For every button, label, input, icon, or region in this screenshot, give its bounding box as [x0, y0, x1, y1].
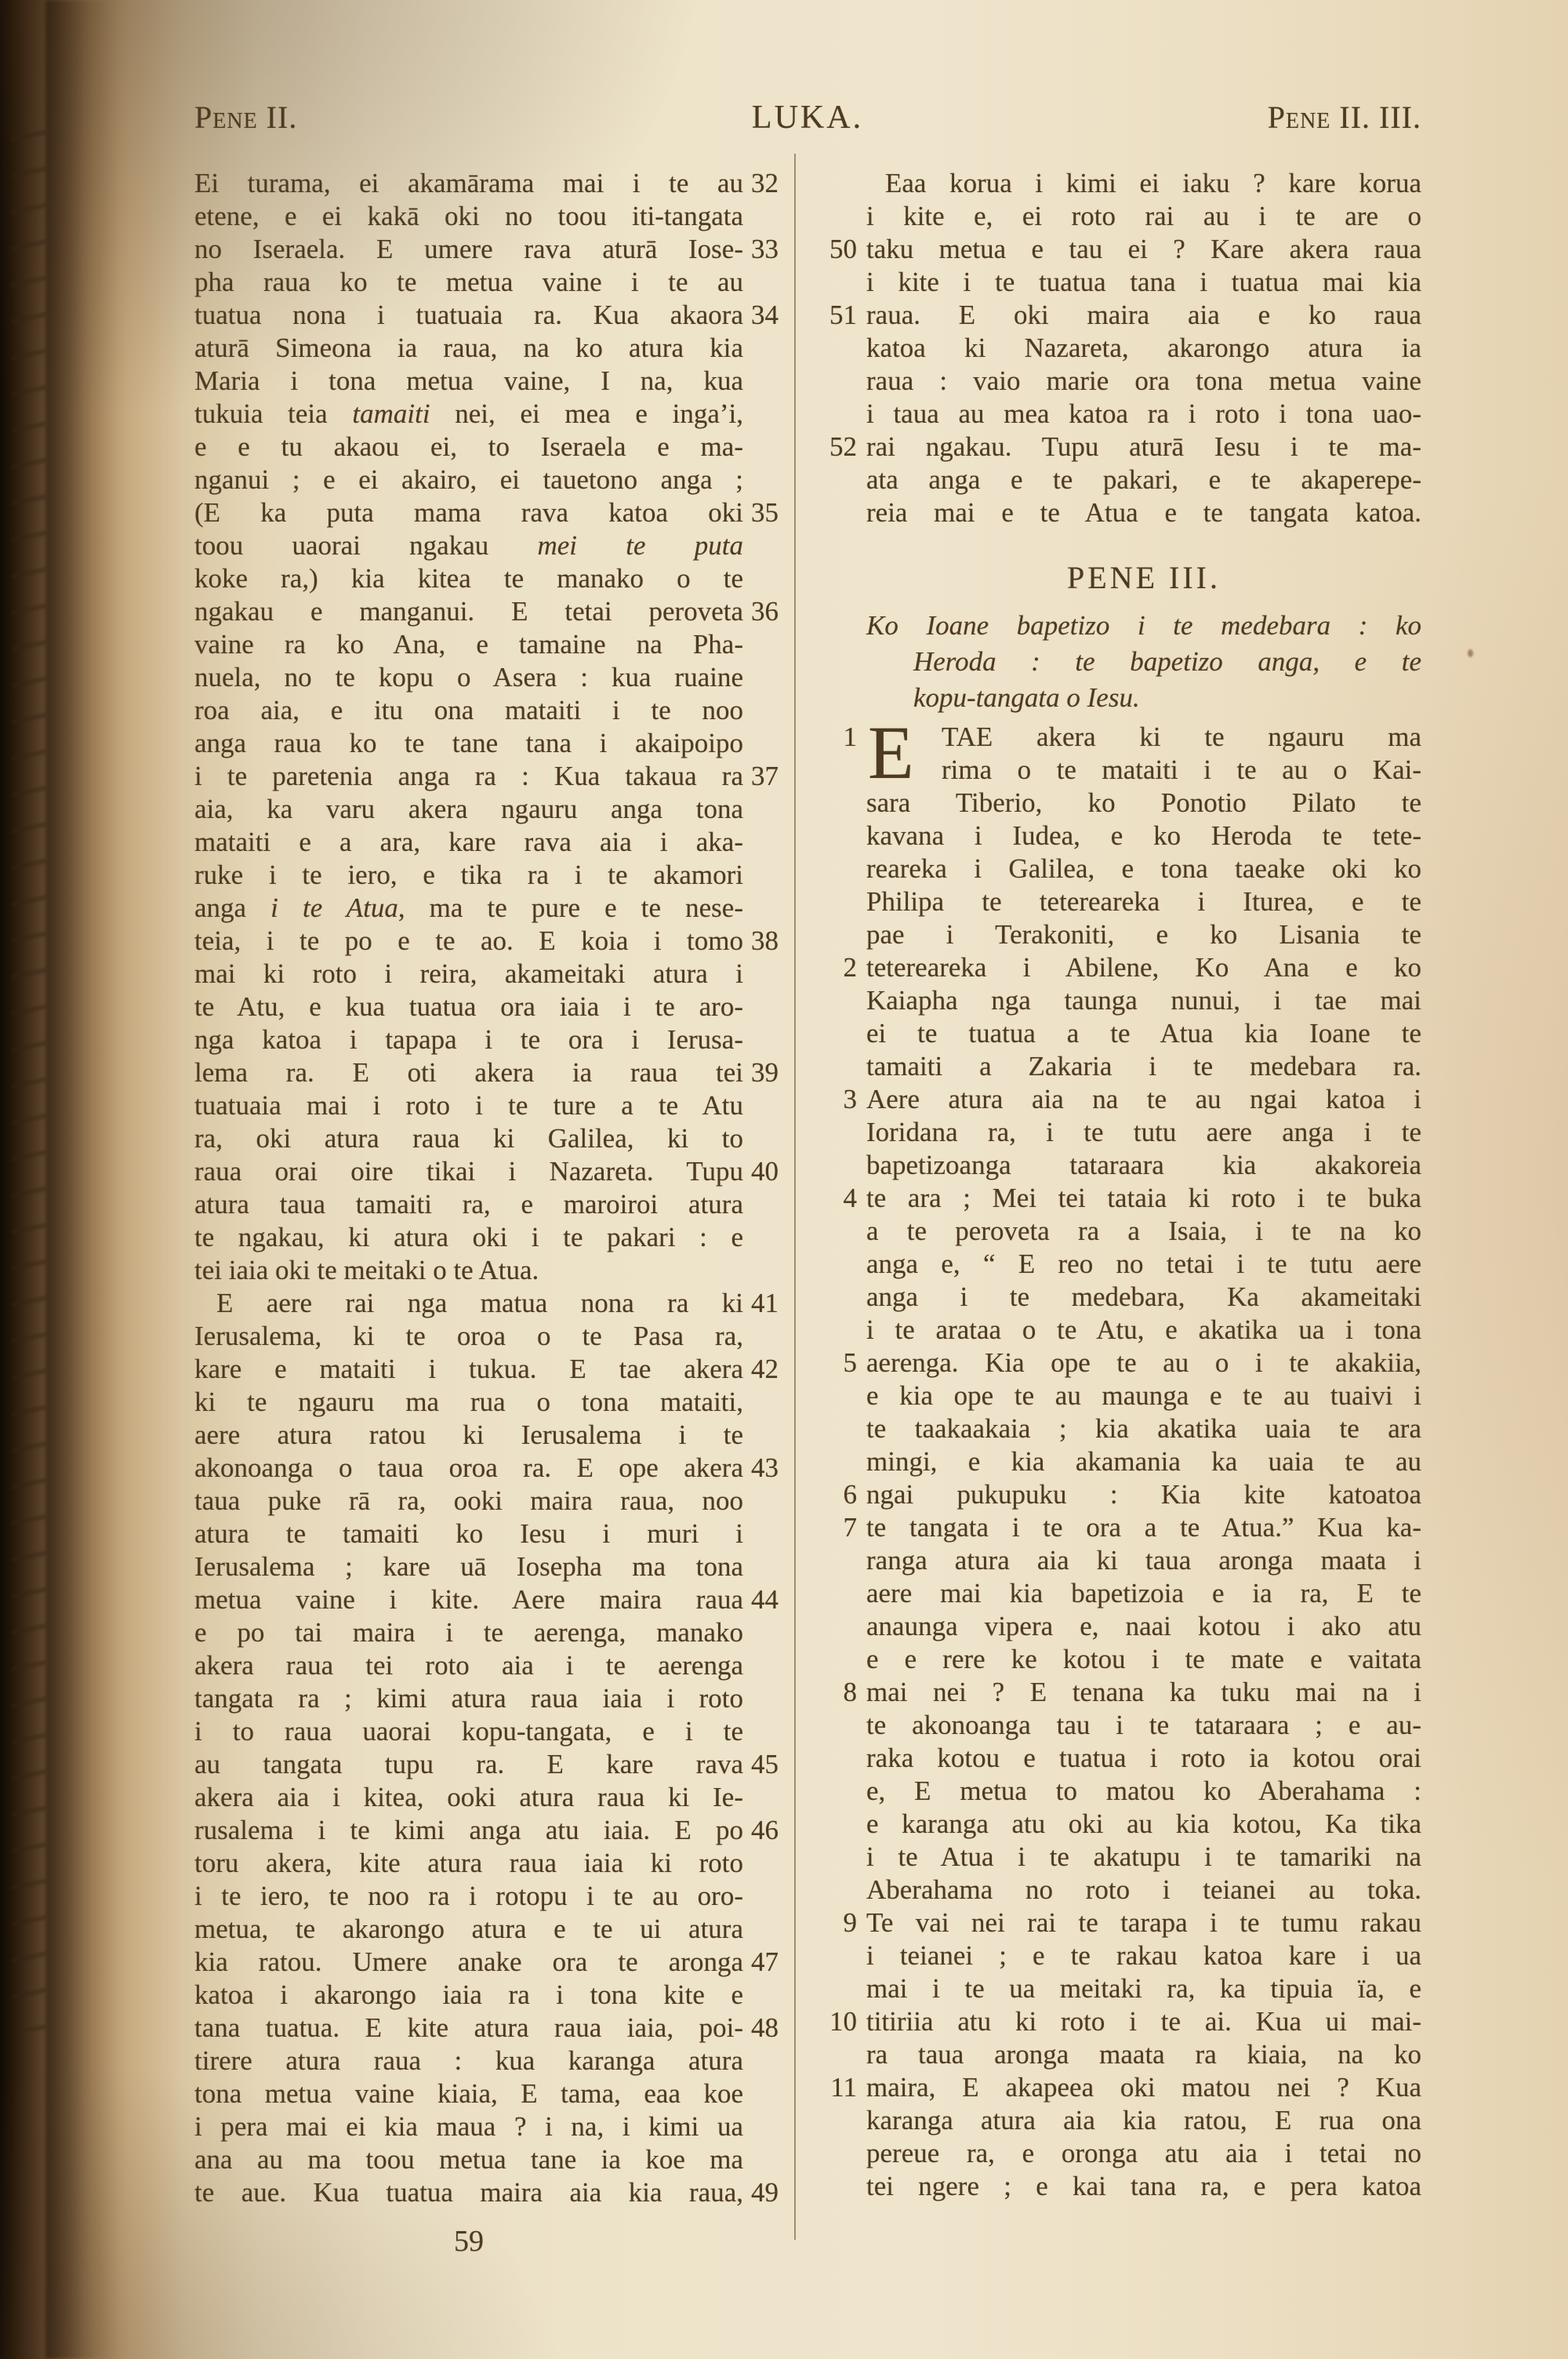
verse-number: 34 — [751, 299, 798, 332]
verse-number: 39 — [751, 1056, 798, 1089]
text-line: te akonoanga tau i te tataraara ; e au- — [866, 1709, 1421, 1742]
text-line: 6ngai pukupuku : Kia kite katoatoa — [866, 1478, 1421, 1511]
text-line: te ngakau, ki atura oki i te pakari : e — [194, 1221, 743, 1254]
text-line: ra taua aronga maata ra kiaia, na ko — [866, 2038, 1421, 2071]
text-line: 42kare e mataiti i tukua. E tae akera — [194, 1353, 743, 1386]
previous-page-edge — [11, 108, 45, 2032]
column-divider-rule — [794, 154, 796, 2240]
right-column-chapter2-end: Eaa korua i kimi ei iaku ? kare koruai k… — [866, 167, 1421, 529]
text-line: Ioridana ra, i te tutu aere anga i te — [866, 1116, 1421, 1149]
text-line: e e tu akaou ei, to Iseraela e ma- — [194, 431, 743, 463]
text-line: 9Te vai nei rai te tarapa i te tumu raka… — [866, 1906, 1421, 1939]
text-line: te Atu, e kua tuatua ora iaia i te aro- — [194, 990, 743, 1023]
text-line: Ierusalema ; kare uā Iosepha ma tona — [194, 1550, 743, 1583]
text-line: e e rere ke kotou i te mate e vaitata — [866, 1643, 1421, 1676]
text-line: i te Atua i te akatupu i te tamariki na — [866, 1841, 1421, 1874]
text-line: a te peroveta ra a Isaia, i te na ko — [866, 1215, 1421, 1248]
text-line: 40raua orai oire tikai i Nazareta. Tupu — [194, 1155, 743, 1188]
text-line: 51raua. E oki maira aia e ko raua — [866, 299, 1421, 332]
ink-speck — [1468, 649, 1473, 657]
book-page-photo: Pene II. LUKA. Pene II. III. 32Ei turama… — [0, 0, 1568, 2359]
text-line: i pera mai ei kia maua ? i na, i kimi ua — [194, 2110, 743, 2143]
text-line: atura taua tamaiti ra, e maroiroi atura — [194, 1188, 743, 1221]
text-line: Ko Ioane bapetizo i te medebara : ko — [866, 608, 1421, 644]
text-line: tamaiti a Zakaria i te medebara ra. — [866, 1050, 1421, 1083]
text-line: e, E metua to matou ko Aberahama : — [866, 1775, 1421, 1808]
text-line: 50taku metua e tau ei ? Kare akera raua — [866, 233, 1421, 266]
text-line: raka kotou e tuatua i roto ia kotou orai — [866, 1742, 1421, 1775]
verse-number: 33 — [751, 233, 798, 266]
text-line: metua, te akarongo atura e te ui atura — [194, 1913, 743, 1946]
text-line: 4te ara ; Mei tei tataia ki roto i te bu… — [866, 1182, 1421, 1215]
text-line: 38teia, i te po e te ao. E koia i tomo — [194, 925, 743, 958]
text-line: mai ki roto i reira, akameitaki atura i — [194, 958, 743, 990]
verse-number: 48 — [751, 2012, 798, 2045]
verse-number: 5 — [811, 1347, 857, 1379]
verse-number: 37 — [751, 760, 798, 793]
text-line: i te arataa o te Atu, e akatika ua i ton… — [866, 1314, 1421, 1347]
text-line: anga i te medebara, Ka akameitaki — [866, 1281, 1421, 1314]
text-line: katoa i akarongo iaia ra i tona kite e — [194, 1979, 743, 2012]
text-line: koke ra,) kia kitea te manako o te — [194, 562, 743, 595]
verse-number: 4 — [811, 1182, 857, 1215]
text-line: toru akera, kite atura raua iaia ki roto — [194, 1847, 743, 1880]
text-line: aere atura ratou ki Ierusalema i te — [194, 1419, 743, 1452]
text-line: 36ngakau e manganui. E tetai peroveta — [194, 595, 743, 628]
text-line: Maria i tona metua vaine, I na, kua — [194, 365, 743, 398]
text-line: pereue ra, e oronga atu aia i tetai no — [866, 2137, 1421, 2170]
verse-number: 38 — [751, 925, 798, 958]
verse-number: 46 — [751, 1814, 798, 1847]
text-line: pha raua ko te metua vaine i te au — [194, 266, 743, 299]
text-line: raua : vaio marie ora tona metua vaine — [866, 365, 1421, 398]
text-line: 34tuatua nona i tuatuaia ra. Kua akaora — [194, 299, 743, 332]
verse-number: 35 — [751, 496, 798, 529]
text-line: anga i te Atua, ma te pure e te nese- — [194, 892, 743, 925]
text-line: Aberahama no roto i teianei au toka. — [866, 1874, 1421, 1906]
text-line: akera aia i kitea, ooki atura raua ki Ie… — [194, 1781, 743, 1814]
text-line: tuatuaia mai i roto i te ture a te Atu — [194, 1089, 743, 1122]
text-line: 8mai nei ? E tenana ka tuku mai na i — [866, 1676, 1421, 1709]
text-line: i kite i te tuatua tana i tuatua mai kia — [866, 266, 1421, 299]
chapter-heading: PENE III. — [866, 558, 1421, 598]
text-line: 46rusalema i te kimi anga atu iaia. E po — [194, 1814, 743, 1847]
verse-number: 43 — [751, 1452, 798, 1485]
text-line: tei ngere ; e kai tana ra, e pera katoa — [866, 2170, 1421, 2203]
text-line: 45au tangata tupu ra. E kare rava — [194, 1748, 743, 1781]
verse-number: 11 — [811, 2071, 857, 2104]
text-line: nga katoa i tapapa i te ora i Ierusa- — [194, 1023, 743, 1056]
verse-number: 51 — [811, 299, 857, 332]
text-line: ranga atura aia ki taua aronga maata i — [866, 1544, 1421, 1577]
text-line: e po tai maira i te aerenga, manako — [194, 1616, 743, 1649]
text-line: kavana i Iudea, e ko Heroda te tete- — [866, 820, 1421, 852]
text-line: 5aerenga. Kia ope te au o i te akakiia, — [866, 1347, 1421, 1379]
text-line: sara Tiberio, ko Ponotio Pilato te — [866, 787, 1421, 820]
text-line: tangata ra ; kimi atura raua iaia i roto — [194, 1682, 743, 1715]
text-line: 1ETAE akera ki te ngauru ma — [866, 721, 1421, 754]
text-line: etene, e ei kakā oki no toou iti-tangata — [194, 200, 743, 233]
text-line: tona metua vaine kiaia, E tama, eaa koe — [194, 2077, 743, 2110]
text-line: karanga atura aia kia ratou, E rua ona — [866, 2104, 1421, 2137]
text-line: ei te tuatua a te Atua kia Ioane te — [866, 1017, 1421, 1050]
text-line: ruke i te iero, e tika ra i te akamori — [194, 859, 743, 892]
text-line: vaine ra ko Ana, e tamaine na Pha- — [194, 628, 743, 661]
text-line: 39lema ra. E oti akera ia raua tei — [194, 1056, 743, 1089]
text-line: aere mai kia bapetizoia e ia ra, E te — [866, 1577, 1421, 1610]
text-line: roa aia, e itu ona mataiti i te noo — [194, 694, 743, 727]
text-line: 33no Iseraela. E umere rava aturā Iose- — [194, 233, 743, 266]
text-line: 48tana tuatua. E kite atura raua iaia, p… — [194, 2012, 743, 2045]
verse-number: 7 — [811, 1511, 857, 1544]
verse-number: 44 — [751, 1583, 798, 1616]
page-number: 59 — [194, 2224, 743, 2259]
text-line: 7te tangata i te ora a te Atua.” Kua ka- — [866, 1511, 1421, 1544]
binding-gutter-shadow — [45, 0, 116, 2359]
text-line: 37i te paretenia anga ra : Kua takaua ra — [194, 760, 743, 793]
text-line: i kite e, ei roto rai au i te are o — [866, 200, 1421, 233]
text-line: 32Ei turama, ei akamārama mai i te au — [194, 167, 743, 200]
verse-number: 45 — [751, 1748, 798, 1781]
text-line: 10titiriia atu ki roto i te ai. Kua ui m… — [866, 2005, 1421, 2038]
verse-number: 10 — [811, 2005, 857, 2038]
text-line: reareka i Galilea, e tona taeake oki ko — [866, 852, 1421, 885]
running-head-left: Pene II. — [194, 99, 297, 136]
text-line: i taua au mea katoa ra i roto i tona uao… — [866, 398, 1421, 431]
left-column: 32Ei turama, ei akamārama mai i te auete… — [194, 167, 743, 2209]
text-line: 47kia ratou. Umere anake ora te aronga — [194, 1946, 743, 1979]
verse-number: 52 — [811, 431, 857, 463]
text-line: Heroda : te bapetizo anga, e te — [866, 644, 1421, 680]
verse-number: 47 — [751, 1946, 798, 1979]
text-line: anga e, “ E reo no tetai i te tutu aere — [866, 1248, 1421, 1281]
text-line: pae i Terakoniti, e ko Lisania te — [866, 918, 1421, 951]
verse-number: 41 — [751, 1287, 798, 1320]
verse-number: 3 — [811, 1083, 857, 1116]
text-line: anaunga vipera e, naai kotou i ako atu — [866, 1610, 1421, 1643]
text-line: ana au ma toou metua tane ia koe ma — [194, 2143, 743, 2176]
text-line: 11maira, E akapeea oki matou nei ? Kua — [866, 2071, 1421, 2104]
verse-number: 6 — [811, 1478, 857, 1511]
text-line: toou uaorai ngakau mei te puta — [194, 529, 743, 562]
verse-number: 49 — [751, 2176, 798, 2209]
text-line: Eaa korua i kimi ei iaku ? kare korua — [866, 167, 1421, 200]
verse-number: 9 — [811, 1906, 857, 1939]
verse-number: 40 — [751, 1155, 798, 1188]
text-line: 35(E ka puta mama rava katoa oki — [194, 496, 743, 529]
text-line: te taakaakaia ; kia akatika uaia te ara — [866, 1412, 1421, 1445]
text-line: tei iaia oki te meitaki o te Atua. — [194, 1254, 743, 1287]
running-head-right: Pene II. III. — [1108, 99, 1421, 136]
text-line: rima o te mataiti i te au o Kai- — [866, 754, 1421, 787]
text-line: ra, oki atura raua ki Galilea, ki to — [194, 1122, 743, 1155]
text-line: aia, ka varu akera ngauru anga tona — [194, 793, 743, 826]
text-line: akera raua tei roto aia i te aerenga — [194, 1649, 743, 1682]
right-column-chapter3-text: 1ETAE akera ki te ngauru marima o te mat… — [866, 721, 1421, 2203]
text-line: 44metua vaine i kite. Aere maira raua — [194, 1583, 743, 1616]
text-line: 43akonoanga o taua oroa ra. E ope akera — [194, 1452, 743, 1485]
text-line: e kia ope te au maunga e te au tuaivi i — [866, 1379, 1421, 1412]
text-line: i teianei ; e te rakau katoa kare i ua — [866, 1939, 1421, 1972]
text-line: 2tetereareka i Abilene, Ko Ana e ko — [866, 951, 1421, 984]
text-line: reia mai e te Atua e te tangata katoa. — [866, 496, 1421, 529]
text-line: i te iero, te noo ra i rotopu i te au or… — [194, 1880, 743, 1913]
text-line: tirere atura raua : kua karanga atura — [194, 2045, 743, 2077]
right-column: Eaa korua i kimi ei iaku ? kare koruai k… — [866, 167, 1421, 2203]
text-line: i to raua uaorai kopu-tangata, e i te — [194, 1715, 743, 1748]
text-line: nganui ; e ei akairo, ei tauetono anga ; — [194, 463, 743, 496]
text-line: Philipa te tetereareka i Iturea, e te — [866, 885, 1421, 918]
verse-number: 42 — [751, 1353, 798, 1386]
text-line: kopu-tangata o Iesu. — [866, 680, 1421, 716]
text-line: 49te aue. Kua tuatua maira aia kia raua, — [194, 2176, 743, 2209]
text-line: aturā Simeona ia raua, na ko atura kia — [194, 332, 743, 365]
text-line: e karanga atu oki au kia kotou, Ka tika — [866, 1808, 1421, 1841]
running-head-title: LUKA. — [651, 99, 964, 136]
text-line: katoa ki Nazareta, akarongo atura ia — [866, 332, 1421, 365]
text-line: ki te ngauru ma rua o tona mataiti, — [194, 1386, 743, 1419]
text-line: taua puke rā ra, ooki maira raua, noo — [194, 1485, 743, 1518]
text-line: Ierusalema, ki te oroa o te Pasa ra, — [194, 1320, 743, 1353]
text-line: nuela, no te kopu o Asera : kua ruaine — [194, 661, 743, 694]
verse-number: 36 — [751, 595, 798, 628]
text-line: 41E aere rai nga matua nona ra ki — [194, 1287, 743, 1320]
text-line: atura te tamaiti ko Iesu i muri i — [194, 1518, 743, 1550]
verse-number: 32 — [751, 167, 798, 200]
text-line: mai i te ua meitaki ra, ka tipuia ïa, e — [866, 1972, 1421, 2005]
text-line: Kaiapha nga taunga nunui, i tae mai — [866, 984, 1421, 1017]
text-line: tukuia teia tamaiti nei, ei mea e inga’i… — [194, 398, 743, 431]
verse-number: 8 — [811, 1676, 857, 1709]
text-line: mingi, e kia akamania ka uaia te au — [866, 1445, 1421, 1478]
text-line: mataiti e a ara, kare rava aia i aka- — [194, 826, 743, 859]
text-line: bapetizoanga tataraara kia akakoreia — [866, 1149, 1421, 1182]
verse-number: 2 — [811, 951, 857, 984]
verse-number: 1 — [811, 721, 857, 754]
text-line: anga raua ko te tane tana i akaipoipo — [194, 727, 743, 760]
text-line: 3Aere atura aia na te au ngai katoa i — [866, 1083, 1421, 1116]
verse-number: 50 — [811, 233, 857, 266]
chapter-summary: Ko Ioane bapetizo i te medebara : koHero… — [866, 608, 1421, 716]
text-line: ata anga e te pakari, e te akaperepe- — [866, 463, 1421, 496]
running-head: Pene II. LUKA. Pene II. III. — [0, 99, 1568, 140]
text-line: 52rai ngakau. Tupu aturā Iesu i te ma- — [866, 431, 1421, 463]
